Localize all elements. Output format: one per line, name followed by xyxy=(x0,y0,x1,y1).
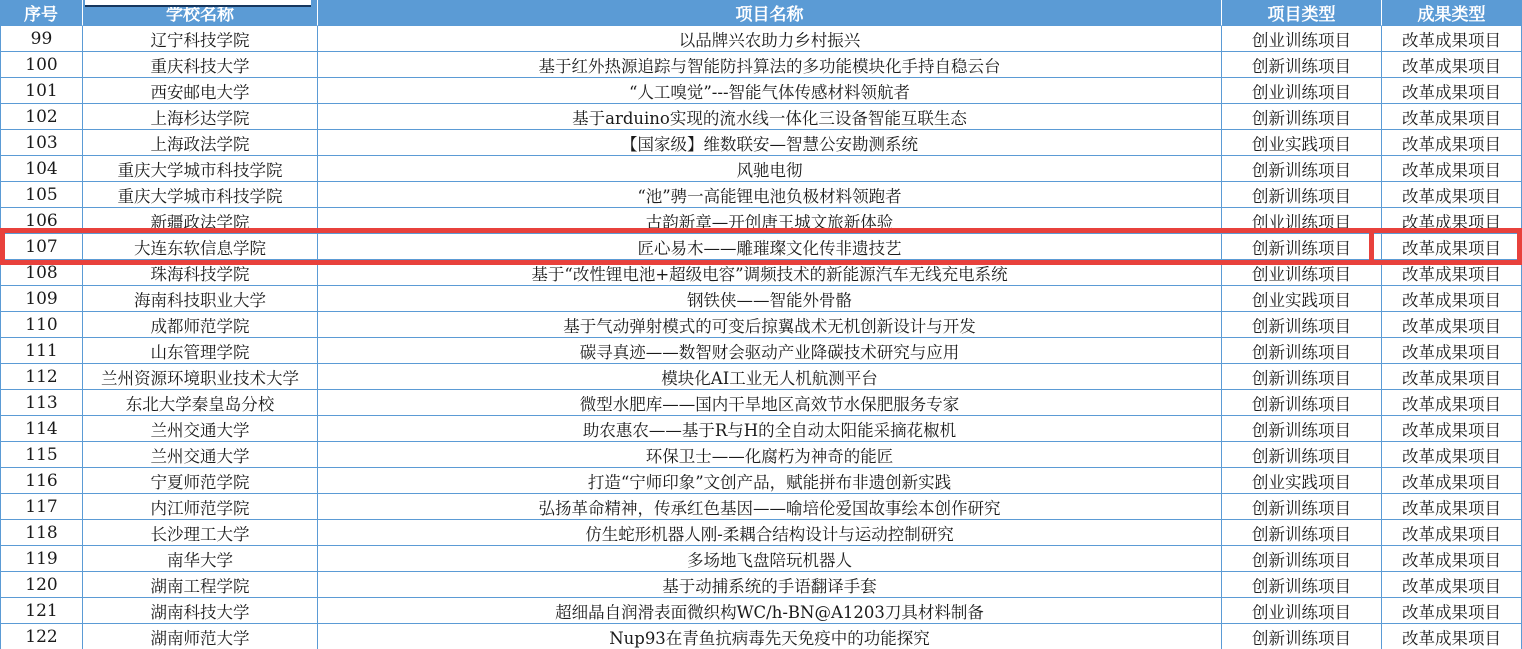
table-row: 110成都师范学院基于气动弹射模式的可变后掠翼战术无机创新设计与开发创新训练项目… xyxy=(0,312,1522,338)
table-row: 117内江师范学院弘扬革命精神，传承红色基因——喻培伦爱国故事绘本创作研究创新训… xyxy=(0,494,1522,520)
table-body: 99辽宁科技学院以品牌兴农助力乡村振兴创业训练项目改革成果项目100重庆科技大学… xyxy=(0,26,1522,649)
cell-type: 创新训练项目 xyxy=(1222,364,1382,390)
cell-no: 121 xyxy=(0,598,83,624)
cell-school: 内江师范学院 xyxy=(83,494,318,520)
table-row: 111山东管理学院碳寻真迹——数智财会驱动产业降碳技术研究与应用创新训练项目改革… xyxy=(0,338,1522,364)
cell-result: 改革成果项目 xyxy=(1382,598,1522,624)
cell-type: 创新训练项目 xyxy=(1222,234,1382,260)
table-row: 99辽宁科技学院以品牌兴农助力乡村振兴创业训练项目改革成果项目 xyxy=(0,26,1522,52)
cell-result: 改革成果项目 xyxy=(1382,104,1522,130)
cell-no: 103 xyxy=(0,130,83,156)
cell-type: 创新训练项目 xyxy=(1222,624,1382,649)
table-row: 102上海杉达学院基于arduino实现的流水线一体化三设备智能互联生态创新训练… xyxy=(0,104,1522,130)
cell-type: 创新训练项目 xyxy=(1222,494,1382,520)
cell-project: 多场地飞盘陪玩机器人 xyxy=(318,546,1222,572)
cell-type: 创新训练项目 xyxy=(1222,416,1382,442)
cell-type: 创新训练项目 xyxy=(1222,338,1382,364)
cell-no: 115 xyxy=(0,442,83,468)
cell-no: 122 xyxy=(0,624,83,649)
table-row: 120湖南工程学院基于动捕系统的手语翻译手套创新训练项目改革成果项目 xyxy=(0,572,1522,598)
table-row: 115兰州交通大学环保卫士——化腐朽为神奇的能匠创新训练项目改革成果项目 xyxy=(0,442,1522,468)
column-header-project: 项目名称 xyxy=(318,0,1222,26)
table-row: 107大连东软信息学院匠心易木——雕璀璨文化传非遗技艺创新训练项目改革成果项目 xyxy=(0,234,1522,260)
cell-result: 改革成果项目 xyxy=(1382,364,1522,390)
cell-result: 改革成果项目 xyxy=(1382,624,1522,649)
cell-school: 南华大学 xyxy=(83,546,318,572)
cell-no: 104 xyxy=(0,156,83,182)
table-row: 116宁夏师范学院打造“宁师印象”文创产品，赋能拼布非遗创新实践创业实践项目改革… xyxy=(0,468,1522,494)
cell-result: 改革成果项目 xyxy=(1382,416,1522,442)
header-white-overlay xyxy=(85,0,311,7)
cell-no: 99 xyxy=(0,26,83,52)
cell-project: 古韵新章—开创唐王城文旅新体验 xyxy=(318,208,1222,234)
cell-school: 长沙理工大学 xyxy=(83,520,318,546)
cell-result: 改革成果项目 xyxy=(1382,390,1522,416)
cell-type: 创新训练项目 xyxy=(1222,104,1382,130)
cell-result: 改革成果项目 xyxy=(1382,260,1522,286)
cell-project: 基于动捕系统的手语翻译手套 xyxy=(318,572,1222,598)
cell-result: 改革成果项目 xyxy=(1382,182,1522,208)
cell-type: 创业训练项目 xyxy=(1222,598,1382,624)
cell-type: 创新训练项目 xyxy=(1222,520,1382,546)
cell-result: 改革成果项目 xyxy=(1382,234,1522,260)
cell-result: 改革成果项目 xyxy=(1382,130,1522,156)
cell-project: 钢铁侠——智能外骨骼 xyxy=(318,286,1222,312)
cell-project: 打造“宁师印象”文创产品，赋能拼布非遗创新实践 xyxy=(318,468,1222,494)
table-row: 109海南科技职业大学钢铁侠——智能外骨骼创业实践项目改革成果项目 xyxy=(0,286,1522,312)
cell-school: 兰州交通大学 xyxy=(83,416,318,442)
cell-no: 101 xyxy=(0,78,83,104)
cell-no: 108 xyxy=(0,260,83,286)
cell-school: 湖南科技大学 xyxy=(83,598,318,624)
cell-school: 新疆政法学院 xyxy=(83,208,318,234)
cell-result: 改革成果项目 xyxy=(1382,442,1522,468)
cell-type: 创业训练项目 xyxy=(1222,78,1382,104)
cell-project: 基于气动弹射模式的可变后掠翼战术无机创新设计与开发 xyxy=(318,312,1222,338)
cell-project: “池”骋一高能锂电池负极材料领跑者 xyxy=(318,182,1222,208)
table-row: 119南华大学多场地飞盘陪玩机器人创新训练项目改革成果项目 xyxy=(0,546,1522,572)
projects-table: 序号 学校名称 项目名称 项目类型 成果类型 99辽宁科技学院以品牌兴农助力乡村… xyxy=(0,0,1522,649)
cell-project: 超细晶自润滑表面微织构WC/h-BN@A1203刀具材料制备 xyxy=(318,598,1222,624)
cell-project: Nup93在青鱼抗病毒先天免疫中的功能探究 xyxy=(318,624,1222,649)
cell-type: 创新训练项目 xyxy=(1222,390,1382,416)
cell-no: 118 xyxy=(0,520,83,546)
cell-result: 改革成果项目 xyxy=(1382,520,1522,546)
cell-type: 创业实践项目 xyxy=(1222,130,1382,156)
cell-school: 重庆大学城市科技学院 xyxy=(83,156,318,182)
table-row: 108珠海科技学院基于“改性锂电池+超级电容”调频技术的新能源汽车无线充电系统创… xyxy=(0,260,1522,286)
cell-school: 海南科技职业大学 xyxy=(83,286,318,312)
cell-type: 创新训练项目 xyxy=(1222,182,1382,208)
column-header-type: 项目类型 xyxy=(1222,0,1382,26)
table-screenshot: 序号 学校名称 项目名称 项目类型 成果类型 99辽宁科技学院以品牌兴农助力乡村… xyxy=(0,0,1522,649)
cell-result: 改革成果项目 xyxy=(1382,156,1522,182)
cell-type: 创新训练项目 xyxy=(1222,442,1382,468)
cell-result: 改革成果项目 xyxy=(1382,78,1522,104)
cell-no: 100 xyxy=(0,52,83,78)
table-row: 103上海政法学院【国家级】维数联安—智慧公安勘测系统创业实践项目改革成果项目 xyxy=(0,130,1522,156)
cell-type: 创业实践项目 xyxy=(1222,468,1382,494)
table-row: 105重庆大学城市科技学院“池”骋一高能锂电池负极材料领跑者创新训练项目改革成果… xyxy=(0,182,1522,208)
cell-project: “人工嗅觉”---智能气体传感材料领航者 xyxy=(318,78,1222,104)
cell-school: 辽宁科技学院 xyxy=(83,26,318,52)
cell-result: 改革成果项目 xyxy=(1382,546,1522,572)
cell-result: 改革成果项目 xyxy=(1382,338,1522,364)
cell-result: 改革成果项目 xyxy=(1382,494,1522,520)
table-row: 114兰州交通大学助农惠农——基于R与H的全自动太阳能采摘花椒机创新训练项目改革… xyxy=(0,416,1522,442)
cell-school: 重庆科技大学 xyxy=(83,52,318,78)
cell-project: 环保卫士——化腐朽为神奇的能匠 xyxy=(318,442,1222,468)
cell-school: 湖南师范大学 xyxy=(83,624,318,649)
cell-project: 匠心易木——雕璀璨文化传非遗技艺 xyxy=(318,234,1222,260)
cell-type: 创业训练项目 xyxy=(1222,260,1382,286)
cell-project: 助农惠农——基于R与H的全自动太阳能采摘花椒机 xyxy=(318,416,1222,442)
cell-type: 创业训练项目 xyxy=(1222,208,1382,234)
table-row: 121湖南科技大学超细晶自润滑表面微织构WC/h-BN@A1203刀具材料制备创… xyxy=(0,598,1522,624)
cell-type: 创新训练项目 xyxy=(1222,546,1382,572)
cell-school: 重庆大学城市科技学院 xyxy=(83,182,318,208)
cell-no: 112 xyxy=(0,364,83,390)
cell-project: 【国家级】维数联安—智慧公安勘测系统 xyxy=(318,130,1222,156)
cell-result: 改革成果项目 xyxy=(1382,286,1522,312)
table-row: 112兰州资源环境职业技术大学模块化AI工业无人机航测平台创新训练项目改革成果项… xyxy=(0,364,1522,390)
cell-school: 宁夏师范学院 xyxy=(83,468,318,494)
cell-no: 111 xyxy=(0,338,83,364)
cell-school: 上海政法学院 xyxy=(83,130,318,156)
cell-type: 创业训练项目 xyxy=(1222,26,1382,52)
cell-project: 以品牌兴农助力乡村振兴 xyxy=(318,26,1222,52)
cell-project: 基于arduino实现的流水线一体化三设备智能互联生态 xyxy=(318,104,1222,130)
cell-school: 东北大学秦皇岛分校 xyxy=(83,390,318,416)
cell-result: 改革成果项目 xyxy=(1382,208,1522,234)
cell-school: 成都师范学院 xyxy=(83,312,318,338)
cell-type: 创新训练项目 xyxy=(1222,52,1382,78)
cell-no: 120 xyxy=(0,572,83,598)
cell-project: 基于“改性锂电池+超级电容”调频技术的新能源汽车无线充电系统 xyxy=(318,260,1222,286)
table-row: 100重庆科技大学基于红外热源追踪与智能防抖算法的多功能模块化手持自稳云台创新训… xyxy=(0,52,1522,78)
cell-no: 106 xyxy=(0,208,83,234)
cell-project: 碳寻真迹——数智财会驱动产业降碳技术研究与应用 xyxy=(318,338,1222,364)
cell-project: 模块化AI工业无人机航测平台 xyxy=(318,364,1222,390)
cell-no: 113 xyxy=(0,390,83,416)
cell-no: 116 xyxy=(0,468,83,494)
table-row: 101西安邮电大学“人工嗅觉”---智能气体传感材料领航者创业训练项目改革成果项… xyxy=(0,78,1522,104)
table-row: 106新疆政法学院古韵新章—开创唐王城文旅新体验创业训练项目改革成果项目 xyxy=(0,208,1522,234)
cell-project: 弘扬革命精神，传承红色基因——喻培伦爱国故事绘本创作研究 xyxy=(318,494,1222,520)
cell-school: 上海杉达学院 xyxy=(83,104,318,130)
cell-no: 109 xyxy=(0,286,83,312)
cell-type: 创新训练项目 xyxy=(1222,572,1382,598)
cell-result: 改革成果项目 xyxy=(1382,52,1522,78)
cell-project: 仿生蛇形机器人刚-柔耦合结构设计与运动控制研究 xyxy=(318,520,1222,546)
cell-no: 110 xyxy=(0,312,83,338)
cell-type: 创业实践项目 xyxy=(1222,286,1382,312)
table-row: 122湖南师范大学Nup93在青鱼抗病毒先天免疫中的功能探究创新训练项目改革成果… xyxy=(0,624,1522,649)
cell-type: 创新训练项目 xyxy=(1222,156,1382,182)
column-header-no: 序号 xyxy=(0,0,83,26)
table-row: 113东北大学秦皇岛分校微型水肥库——国内干旱地区高效节水保肥服务专家创新训练项… xyxy=(0,390,1522,416)
cell-project: 基于红外热源追踪与智能防抖算法的多功能模块化手持自稳云台 xyxy=(318,52,1222,78)
cell-school: 大连东软信息学院 xyxy=(83,234,318,260)
cell-no: 119 xyxy=(0,546,83,572)
cell-school: 兰州交通大学 xyxy=(83,442,318,468)
cell-school: 珠海科技学院 xyxy=(83,260,318,286)
cell-no: 114 xyxy=(0,416,83,442)
cell-project: 微型水肥库——国内干旱地区高效节水保肥服务专家 xyxy=(318,390,1222,416)
table-row: 118长沙理工大学仿生蛇形机器人刚-柔耦合结构设计与运动控制研究创新训练项目改革… xyxy=(0,520,1522,546)
cell-school: 湖南工程学院 xyxy=(83,572,318,598)
table-row: 104重庆大学城市科技学院风驰电彻创新训练项目改革成果项目 xyxy=(0,156,1522,182)
cell-no: 117 xyxy=(0,494,83,520)
cell-result: 改革成果项目 xyxy=(1382,312,1522,338)
cell-no: 107 xyxy=(0,234,83,260)
cell-result: 改革成果项目 xyxy=(1382,468,1522,494)
cell-project: 风驰电彻 xyxy=(318,156,1222,182)
cell-school: 山东管理学院 xyxy=(83,338,318,364)
column-header-result: 成果类型 xyxy=(1382,0,1522,26)
cell-no: 105 xyxy=(0,182,83,208)
cell-school: 西安邮电大学 xyxy=(83,78,318,104)
cell-result: 改革成果项目 xyxy=(1382,572,1522,598)
cell-result: 改革成果项目 xyxy=(1382,26,1522,52)
cell-type: 创新训练项目 xyxy=(1222,312,1382,338)
cell-no: 102 xyxy=(0,104,83,130)
cell-school: 兰州资源环境职业技术大学 xyxy=(83,364,318,390)
